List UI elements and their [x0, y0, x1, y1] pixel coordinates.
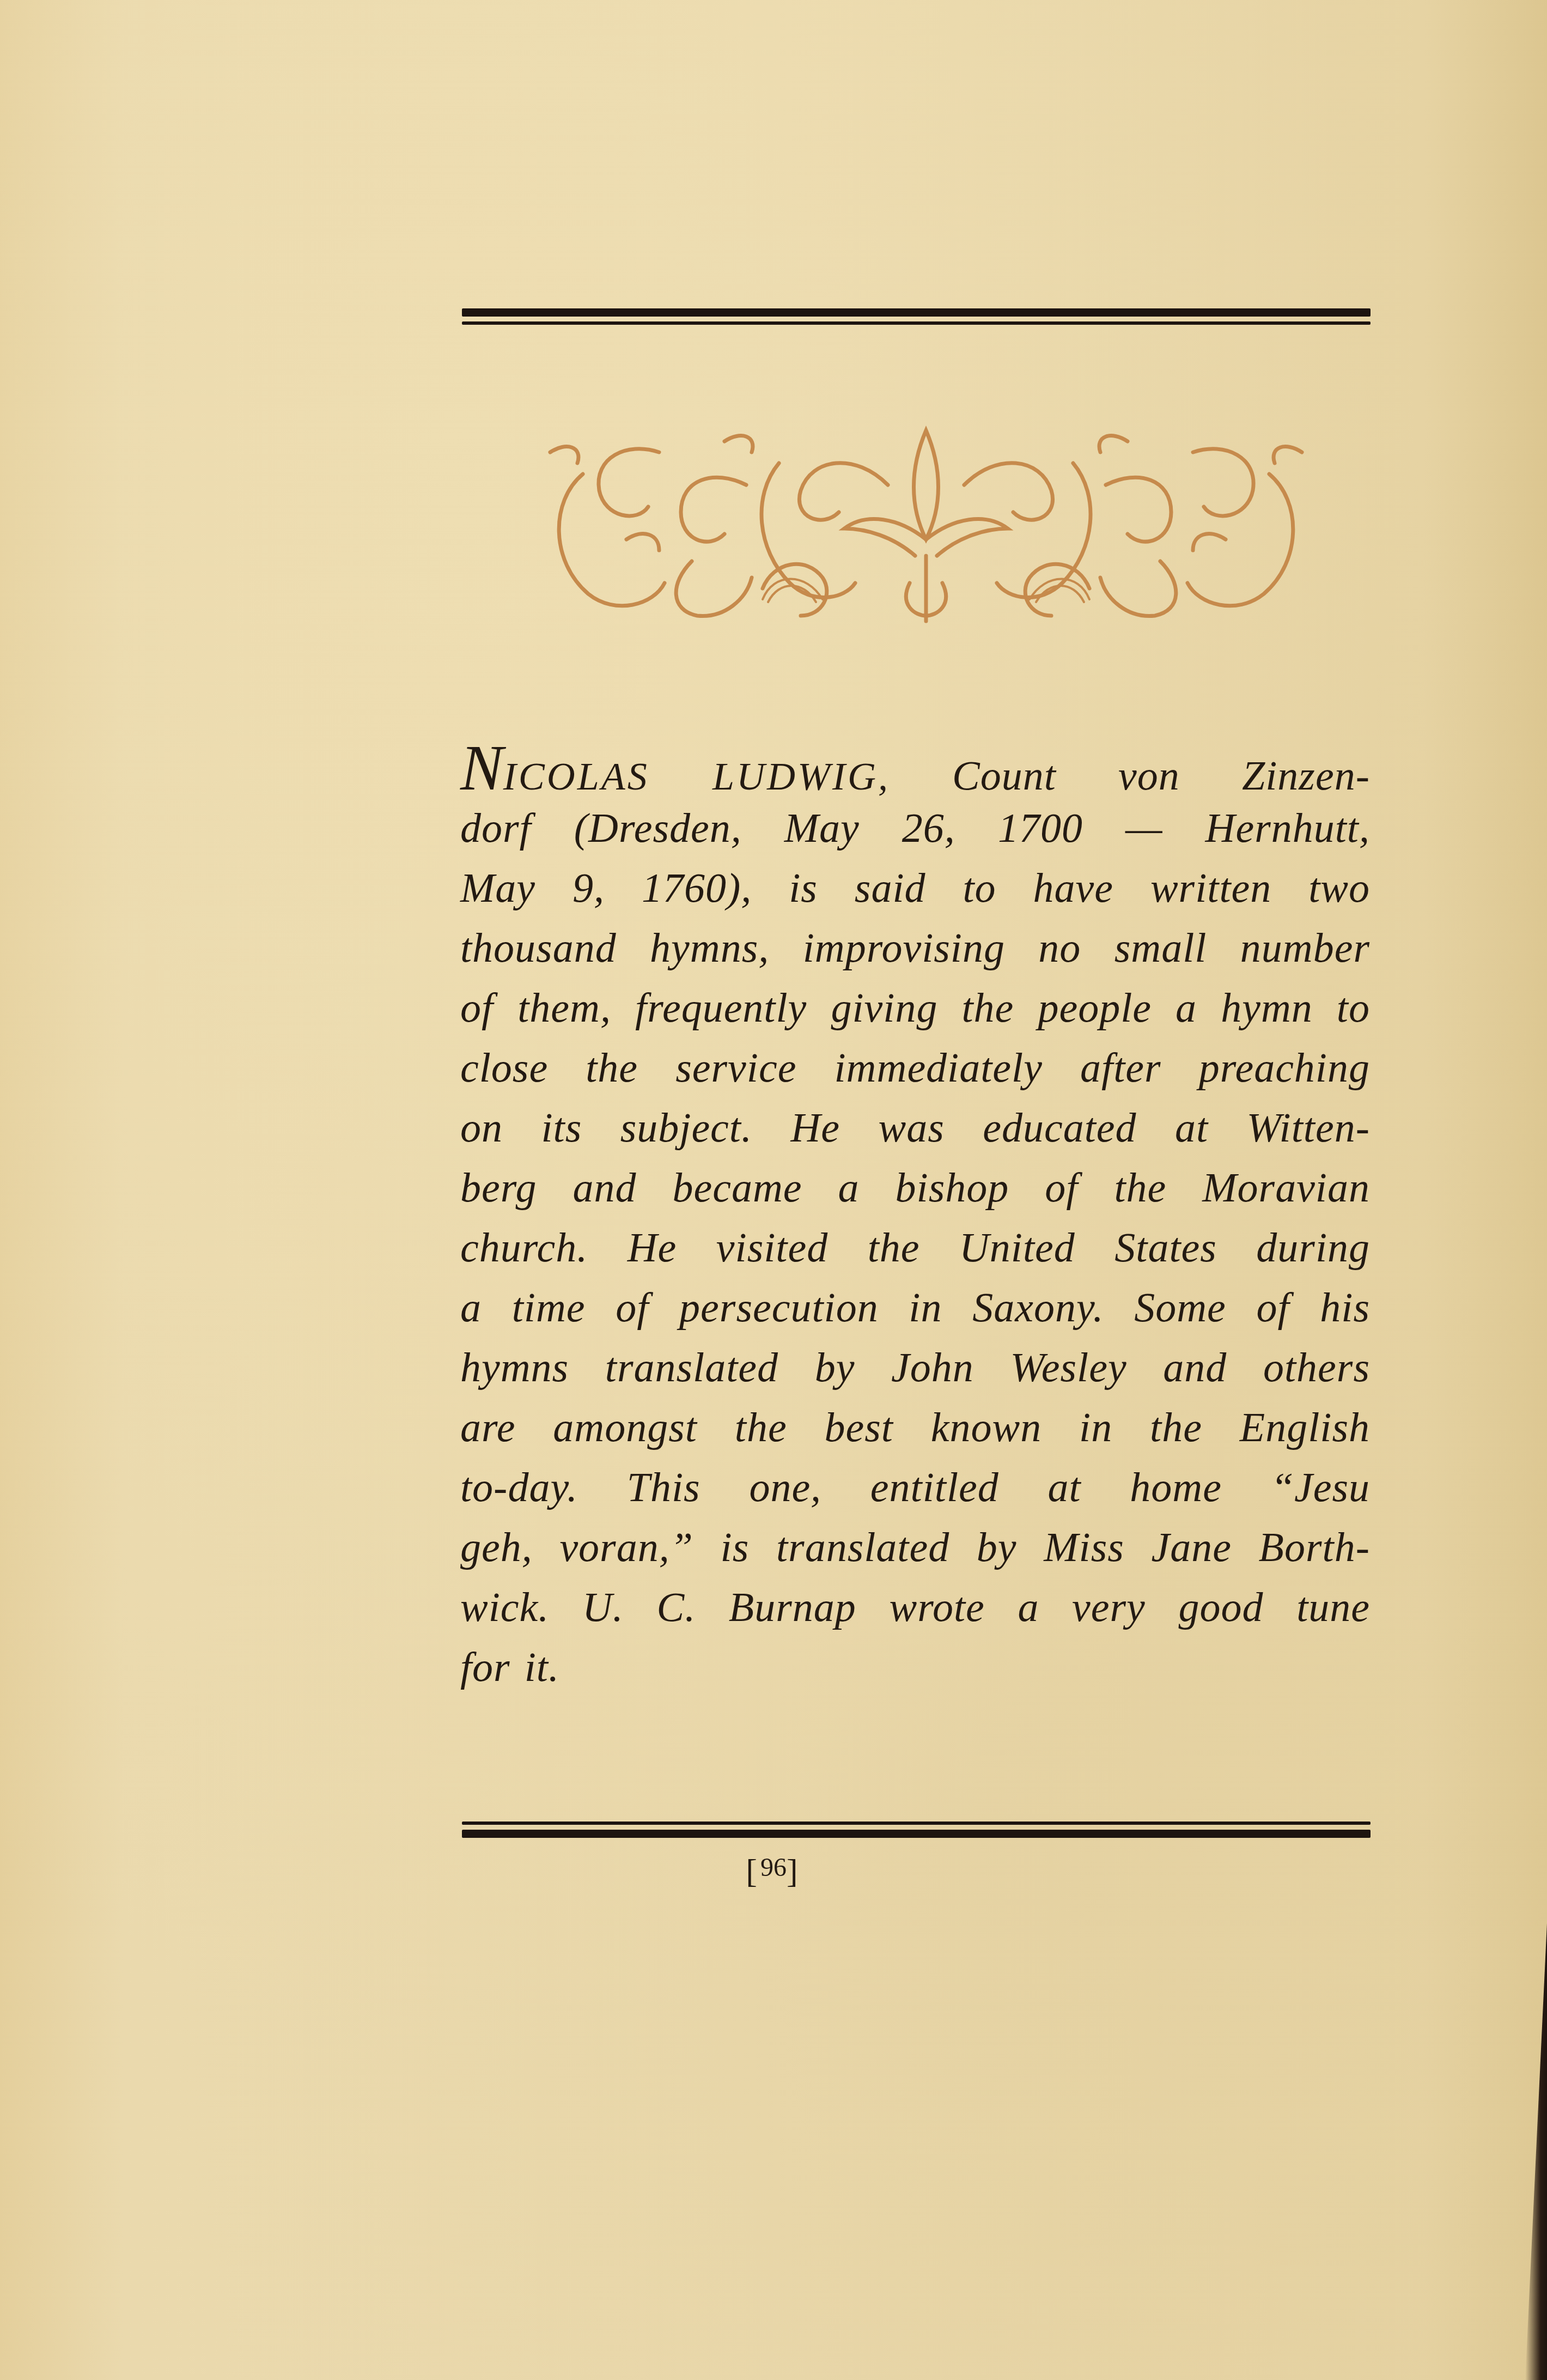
paragraph-line: wick. U. C. Burnap wrote a very good tun…: [460, 1577, 1370, 1637]
rule-thin-line: [462, 321, 1371, 325]
bottom-double-rule: [462, 1822, 1371, 1838]
paragraph-line: church. He visited the United States dur…: [460, 1218, 1370, 1278]
page-number: [96]: [0, 1853, 1547, 1891]
paragraph-line: hymns translated by John Wesley and othe…: [460, 1338, 1370, 1398]
paragraph-line: are amongst the best known in the Englis…: [460, 1398, 1370, 1458]
paragraph-line: thousand hymns, improvising no small num…: [460, 918, 1370, 978]
paragraph-line: on its subject. He was educated at Witte…: [460, 1098, 1370, 1158]
rule-thick-line: [462, 308, 1371, 317]
page-number-value: 96: [760, 1853, 787, 1882]
paragraph-line: berg and became a bishop of the Moravian: [460, 1158, 1370, 1218]
paragraph-line: for it.: [460, 1637, 1370, 1697]
top-double-rule: [462, 308, 1371, 325]
paragraph-line: dorf (Dresden, May 26, 1700 — Hernhutt,: [460, 798, 1370, 858]
floral-headpiece-ornament-icon: [517, 420, 1335, 627]
subject-name: ICOLAS LUDWIG,: [503, 755, 890, 798]
bracket-close: ]: [787, 1853, 801, 1890]
paragraph-line: a time of persecution in Saxony. Some of…: [460, 1278, 1370, 1338]
page-edge-shadow: [1525, 1923, 1547, 2380]
rule-thick-line: [462, 1830, 1371, 1838]
paragraph-line: to-day. This one, entitled at home “Jesu: [460, 1458, 1370, 1517]
paragraph-line: NICOLAS LUDWIG, Count von Zinzen-: [460, 738, 1370, 798]
paragraph-line-text: Count von Zinzen-: [890, 753, 1370, 799]
paragraph-line: May 9, 1760), is said to have written tw…: [460, 858, 1370, 918]
biography-paragraph: NICOLAS LUDWIG, Count von Zinzen- dorf (…: [460, 738, 1370, 1697]
drop-cap-letter: N: [460, 732, 503, 804]
paragraph-line: geh, voran,” is translated by Miss Jane …: [460, 1517, 1370, 1577]
bracket-open: [: [746, 1853, 760, 1890]
paragraph-line: of them, frequently giving the people a …: [460, 978, 1370, 1038]
paragraph-line: close the service immediately after prea…: [460, 1038, 1370, 1098]
rule-thin-line: [462, 1822, 1371, 1825]
